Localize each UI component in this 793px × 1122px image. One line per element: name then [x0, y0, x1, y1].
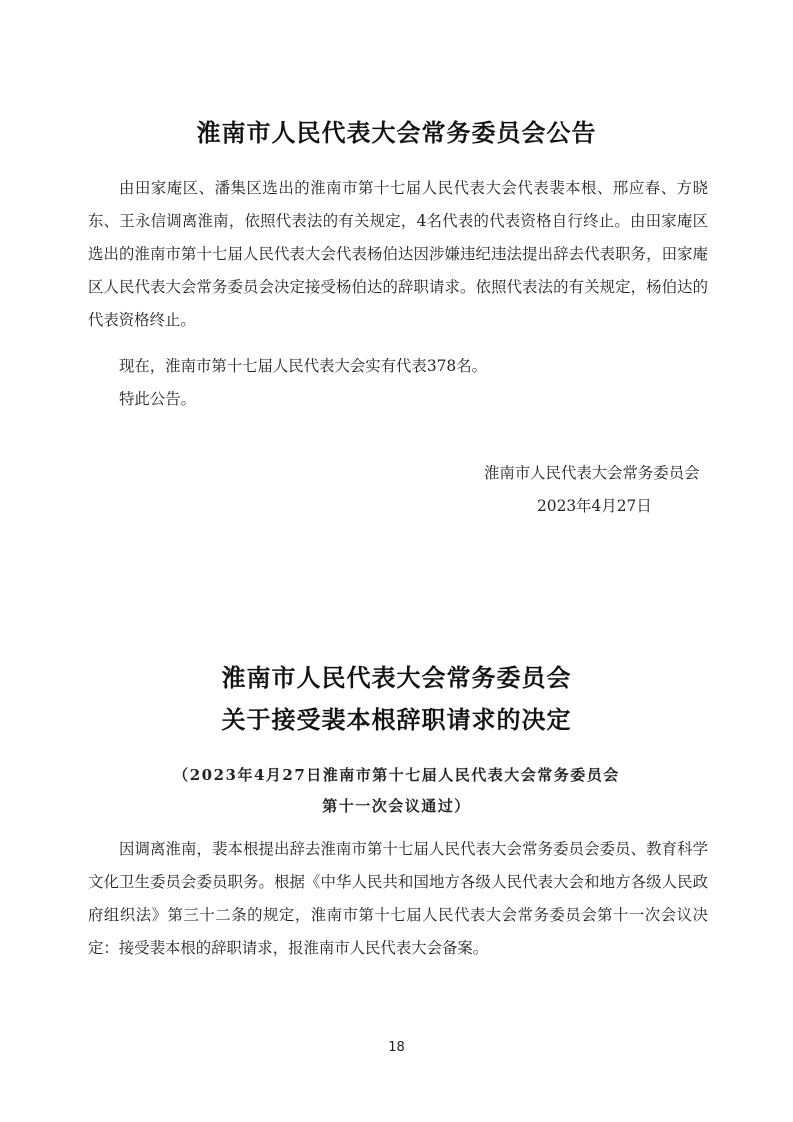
decision-subtitle-line-1: （2023年4月27日淮南市第十七届人民代表大会常务委员会: [0, 760, 793, 791]
announcement-paragraph-2: 现在，淮南市第十七届人民代表大会实有代表378名。: [88, 350, 708, 383]
announcement-title: 淮南市人民代表大会常务委员会公告: [0, 113, 793, 148]
document-page: 淮南市人民代表大会常务委员会公告 由田家庵区、潘集区选出的淮南市第十七届人民代表…: [0, 0, 793, 1122]
announcement-paragraph-1: 由田家庵区、潘集区选出的淮南市第十七届人民代表大会代表裴本根、邢应春、方晓东、王…: [88, 172, 708, 337]
decision-title-line-2: 关于接受裴本根辞职请求的决定: [0, 700, 793, 735]
decision-body: 因调离淮南，裴本根提出辞去淮南市第十七届人民代表大会常务委员会委员、教育科学文化…: [88, 833, 708, 965]
decision-subtitle-line-2: 第十一次会议通过）: [0, 791, 793, 822]
signature-issuer: 淮南市人民代表大会常务委员会: [484, 461, 699, 483]
decision-title-line-1: 淮南市人民代表大会常务委员会: [0, 658, 793, 693]
page-number: 18: [0, 1040, 793, 1055]
signature-date: 2023年4月27日: [537, 494, 652, 516]
announcement-paragraph-3: 特此公告。: [88, 383, 708, 416]
